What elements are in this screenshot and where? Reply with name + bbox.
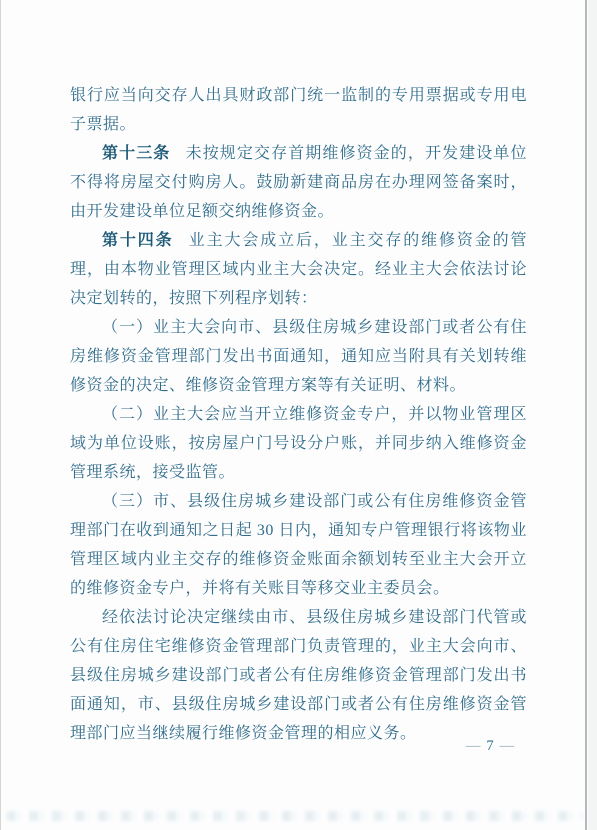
paragraph-text: 经依法讨论决定继续由市、县级住房城乡建设部门代管或公有住房住宅维修资金管理部门负…: [70, 609, 527, 742]
paragraph: 第十四条业主大会成立后，业主交存的维修资金的管理，由本物业管理区域内业主大会决定…: [70, 226, 527, 313]
paragraph: 第十三条未按规定交存首期维修资金的，开发建设单位不得将房屋交付购房人。鼓励新建商…: [70, 139, 527, 226]
document-body: 银行应当向交存人出具财政部门统一监制的专用票据或专用电子票据。第十三条未按规定交…: [70, 81, 527, 748]
scan-edge-line-right: [585, 0, 587, 830]
paragraph: （三）市、县级住房城乡建设部门或公有住房维修资金管理部门在收到通知之日起 30 …: [70, 487, 527, 603]
document-page: 银行应当向交存人出具财政部门统一监制的专用票据或专用电子票据。第十三条未按规定交…: [0, 0, 597, 830]
paragraph: （一）业主大会向市、县级住房城乡建设部门或者公有住房维修资金管理部门发出书面通知…: [70, 313, 527, 400]
scan-edge-line-left: [0, 0, 1, 830]
page-number-dash-right: —: [494, 738, 521, 754]
paragraph: （二）业主大会应当开立维修资金专户，并以物业管理区域为单位设账，按房屋户门号设分…: [70, 400, 527, 487]
article-number: 第十四条: [102, 232, 174, 249]
paragraph-text: 银行应当向交存人出具财政部门统一监制的专用票据或专用电子票据。: [70, 87, 527, 133]
page-number-dash-left: —: [460, 738, 487, 754]
paragraph-text: （三）市、县级住房城乡建设部门或公有住房维修资金管理部门在收到通知之日起 30 …: [70, 493, 527, 597]
paragraph-text: （一）业主大会向市、县级住房城乡建设部门或者公有住房维修资金管理部门发出书面通知…: [70, 319, 527, 394]
page-number-value: 7: [486, 738, 493, 754]
scan-right-margin: [588, 0, 597, 830]
paragraph: 银行应当向交存人出具财政部门统一监制的专用票据或专用电子票据。: [70, 81, 527, 139]
bleed-through-band: [6, 811, 583, 821]
paragraph-text: （二）业主大会应当开立维修资金专户，并以物业管理区域为单位设账，按房屋户门号设分…: [70, 406, 527, 481]
paragraph: 经依法讨论决定继续由市、县级住房城乡建设部门代管或公有住房住宅维修资金管理部门负…: [70, 603, 527, 748]
page-number: —7—: [440, 737, 540, 755]
article-number: 第十三条: [102, 145, 170, 162]
